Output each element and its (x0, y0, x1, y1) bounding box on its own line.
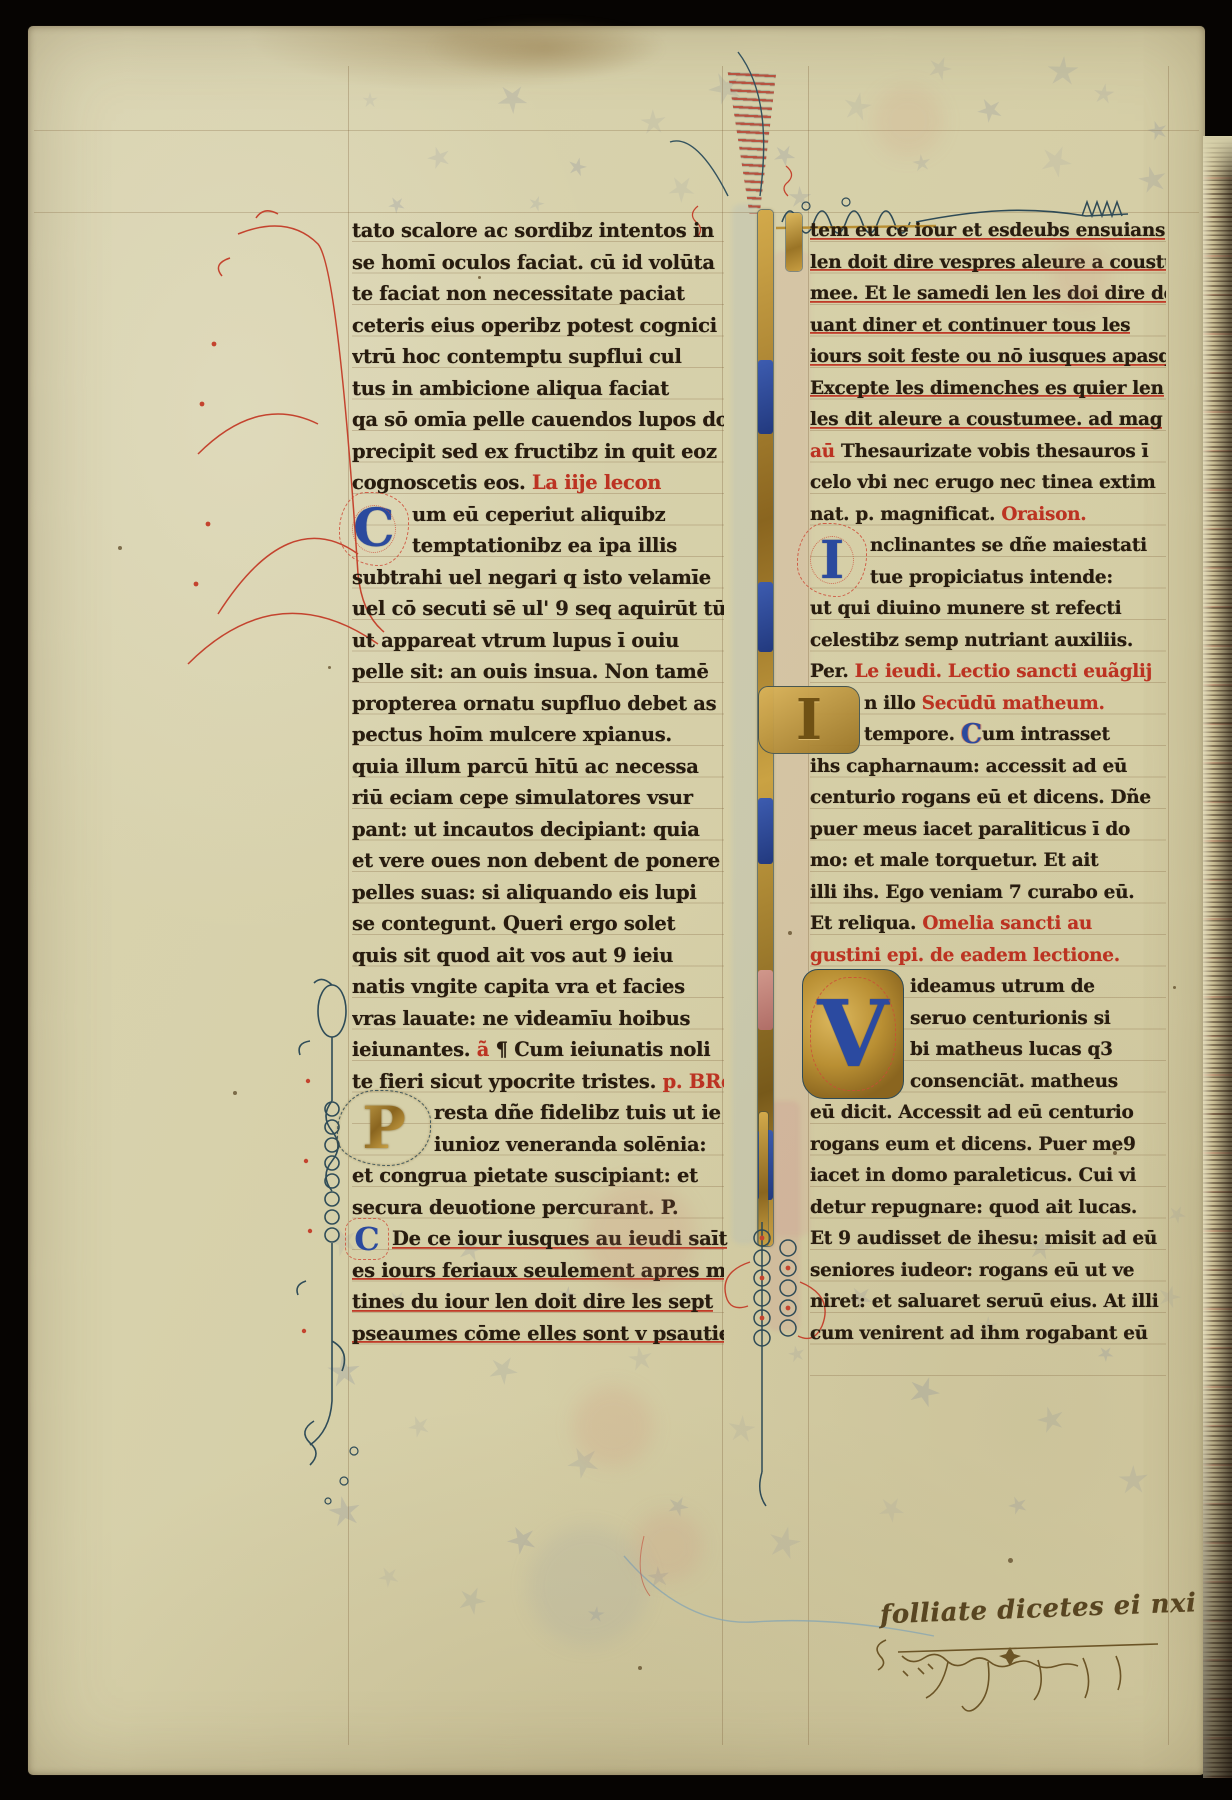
text-run: riū eciam cepe simulatores vsur (352, 786, 693, 809)
text-run: pseaumes cōme elles sont v psautier. (352, 1322, 724, 1345)
illuminated-initial-I: I (802, 528, 862, 592)
foliage-leaf (586, 1604, 606, 1624)
text-run: te faciat non necessitate paciat (352, 282, 685, 305)
text-run: mee. Et le samedi len les doi dire de (810, 283, 1166, 304)
text-line: et congrua pietate suscipiant: et (352, 1160, 724, 1192)
text-line: qa sō omīa pelle cauendos lupos do (352, 404, 724, 436)
foliage-leaf (494, 80, 531, 117)
ruling-line (34, 130, 1199, 131)
illuminated-initial-I: I (758, 686, 860, 754)
bar-blue-segment (758, 798, 773, 864)
text-line: secura deuotione percurant. P. (352, 1192, 724, 1224)
text-line: tem eu ce iour et esdeubs ensuians (810, 215, 1166, 247)
illuminated-initial-C: C (344, 497, 404, 561)
text-line: Et reliqua. Omelia sancti au (810, 908, 1166, 940)
text-line: nat. p. magnificat. Oraison. (810, 499, 1166, 531)
text-line: te fieri sicut ypocrite tristes. p. BRof (352, 1066, 724, 1098)
text-run: ¶ Cum ieiunatis noli (489, 1038, 710, 1061)
text-line: um eū ceperiut aliquibz (352, 499, 784, 531)
text-line: cum venirent ad ihm rogabant eū (810, 1318, 1166, 1350)
foliage-leaf (1008, 1496, 1028, 1516)
ruling-line (1168, 66, 1169, 1745)
text-run: niret: et saluaret seruū eius. At illi (810, 1291, 1158, 1312)
text-run: cum venirent ad ihm rogabant eū (810, 1323, 1148, 1344)
text-run: um eū ceperiut aliquibz (412, 503, 665, 526)
bar-rose-segment (758, 970, 773, 1030)
text-run: tempore. (864, 724, 961, 745)
foliage-leaf (667, 1495, 690, 1518)
ink-speck (788, 931, 792, 935)
text-run: tato scalore ac sordibz intentos in (352, 219, 714, 242)
text-line: ut appareat vtrum lupus ī ouiu (352, 625, 724, 657)
text-run: tus in ambicione aliqua faciat (352, 377, 669, 400)
manuscript-photograph: tato scalore ac sordibz intentos inse ho… (0, 0, 1232, 1800)
text-line: tempore. Cum intrasset (810, 719, 1220, 751)
text-line: uel cō secuti sē ul' 9 seq aquirūt tūc n… (352, 593, 724, 625)
text-line: illi ihs. Ego veniam 7 curabo eū. (810, 877, 1166, 909)
foliage-leaf (974, 94, 1008, 128)
foliage-leaf (1112, 1460, 1154, 1502)
text-line: seniores iudeor: rogans eū ut ve (810, 1255, 1166, 1287)
text-run: iacet in domo paraleticus. Cui vi (810, 1165, 1136, 1186)
text-run: pelle sit: an ouis insua. Non tamē (352, 660, 709, 683)
text-run: pectus hoīm mulcere xpianus. (352, 723, 672, 746)
text-line: se contegunt. Queri ergo solet (352, 908, 724, 940)
fore-edge-pages (1203, 138, 1232, 1778)
foliage-leaf (1167, 1205, 1187, 1225)
text-line: tue propiciatus intende: (810, 562, 1226, 594)
text-run: Le ieudi. Lectio sancti euãglij (855, 661, 1152, 682)
ink-speck (458, 1081, 461, 1084)
text-run: ieiunantes. (352, 1038, 477, 1061)
text-run: len doit dire vespres aleure a coustu (810, 252, 1166, 273)
ink-speck (1113, 1151, 1117, 1155)
text-line: iours soit feste ou nō iusques apasqs. (810, 341, 1166, 373)
text-run: Et reliqua. (810, 913, 922, 934)
text-run: pelles suas: si aliquando eis lupi (352, 881, 696, 904)
text-run: tue propiciatus intende: (870, 567, 1113, 588)
text-run: et congrua pietate suscipiant: et (352, 1164, 698, 1187)
text-line: propterea ornatu supfluo debet as (352, 688, 724, 720)
text-line: mo: et male torquetur. Et ait (810, 845, 1166, 877)
text-run: eū dicit. Accessit ad eū centurio (810, 1102, 1134, 1123)
text-run: seniores iudeor: rogans eū ut ve (810, 1260, 1134, 1281)
text-run: qa sō omīa pelle cauendos lupos do (352, 408, 724, 431)
foliage-leaf (454, 1582, 491, 1619)
text-run: consenciāt. matheus (910, 1071, 1118, 1092)
text-run: centurio rogans eū et dicens. Dñe (810, 787, 1151, 808)
text-run: secura deuotione percurant. P. (352, 1196, 678, 1219)
foliage-leaf (565, 155, 590, 180)
text-line: natis vngite capita vra et facies (352, 971, 724, 1003)
foliage-leaf (910, 151, 934, 175)
text-line: gustini epi. de eadem lectione. (810, 940, 1166, 972)
text-line: pelles suas: si aliquando eis lupi (352, 877, 724, 909)
text-run: te fieri sicut ypocrite tristes. (352, 1070, 663, 1093)
text-line: iacet in domo paraleticus. Cui vi (810, 1160, 1166, 1192)
foliage-leaf (561, 1439, 606, 1484)
ink-speck (638, 1666, 642, 1670)
ink-speck (328, 666, 331, 669)
text-run: quia illum parcū hītū ac necessa (352, 755, 699, 778)
text-line: precipit sed ex fructibz in quit eoz (352, 436, 724, 468)
text-line: mee. Et le samedi len les doi dire de (810, 278, 1166, 310)
text-run: Thesaurizate vobis thesauros ī (841, 441, 1148, 462)
text-line: ceteris eius operibz potest cognici (352, 310, 724, 342)
text-line: pectus hoīm mulcere xpianus. (352, 719, 724, 751)
text-run: se homī oculos faciat. cū id volūta (352, 251, 715, 274)
text-run: nclinantes se dñe maiestati (870, 535, 1147, 556)
foliage-leaf (635, 105, 671, 141)
text-run: uant diner et continuer tous les (810, 315, 1130, 336)
text-line: ihs capharnaum: accessit ad eū (810, 751, 1166, 783)
text-run: C (961, 719, 982, 750)
text-line: quia illum parcū hītū ac necessa (352, 751, 724, 783)
text-line: niret: et saluaret seruū eius. At illi (810, 1286, 1166, 1318)
text-line: centurio rogans eū et dicens. Dñe (810, 782, 1166, 814)
text-run: celo vbi nec erugo nec tinea extim (810, 472, 1156, 493)
text-run: bi matheus lucas q3 (910, 1039, 1113, 1060)
foliage-leaf (1037, 143, 1074, 180)
text-run: Et 9 audisset de ihesu: misit ad eū (810, 1228, 1157, 1249)
text-run: iunioz veneranda solēnia: (434, 1133, 706, 1156)
text-line: ieiunantes. ã ¶ Cum ieiunatis noli (352, 1034, 724, 1066)
text-run: se contegunt. Queri ergo solet (352, 912, 675, 935)
text-run: celestibz semp nutriant auxiliis. (810, 630, 1133, 651)
text-line: nclinantes se dñe maiestati (810, 530, 1226, 562)
text-run: cognoscetis eos. (352, 471, 532, 494)
text-line: ut qui diuino munere st refecti (810, 593, 1166, 625)
text-run: quis sit quod ait vos aut 9 ieiu (352, 944, 673, 967)
text-line: tines du iour len doit dire les sept (352, 1286, 724, 1318)
text-column-right: Item eu ce iour et esdeubs ensuianslen d… (810, 215, 1166, 1385)
foliage-leaf (503, 1521, 542, 1560)
ink-speck (233, 1091, 237, 1095)
text-run: ut qui diuino munere st refecti (810, 598, 1121, 619)
text-run: detur repugnare: quod ait lucas. (810, 1197, 1137, 1218)
foliage-leaf (406, 1414, 432, 1440)
text-run: Omelia sancti au (922, 913, 1092, 934)
text-run: Oraison. (1001, 504, 1086, 525)
stain (426, 18, 666, 80)
text-run: uel cō secuti sē ul' 9 seq aquirūt tūc n… (352, 597, 724, 620)
text-run: pant: ut incautos decipiant: quia (352, 818, 700, 841)
text-run: n illo (864, 693, 922, 714)
text-line: subtrahi uel negari q isto velamīe (352, 562, 724, 594)
text-run: p. BRof (663, 1070, 724, 1093)
text-run: nat. p. magnificat. (810, 504, 1001, 525)
foliage-leaf (924, 52, 955, 83)
text-run: aū (810, 441, 841, 462)
text-line: uant diner et continuer tous les (810, 310, 1166, 342)
text-run: vras lauate: ne videamīu hoibus (352, 1007, 690, 1030)
text-run: illi ihs. Ego veniam 7 curabo eū. (810, 882, 1134, 903)
ink-speck (478, 276, 481, 279)
wash-blue (732, 204, 756, 1244)
text-line: Per. Le ieudi. Lectio sancti euãglij (810, 656, 1166, 688)
text-run: resta dñe fidelibz tuis ut ie (434, 1101, 721, 1124)
text-line: detur repugnare: quod ait lucas. (810, 1192, 1166, 1224)
text-line: pelle sit: an ouis insua. Non tamē (352, 656, 724, 688)
text-line: se homī oculos faciat. cū id volūta (352, 247, 724, 279)
text-line: cognoscetis eos. La iije lecon (352, 467, 724, 499)
text-line: celestibz semp nutriant auxiliis. (810, 625, 1166, 657)
text-line: vras lauate: ne videamīu hoibus (352, 1003, 724, 1035)
foliage-leaf (423, 141, 455, 173)
text-run: ut appareat vtrum lupus ī ouiu (352, 629, 679, 652)
text-run: ceteris eius operibz potest cognici (352, 314, 717, 337)
text-run: seruo centurionis si (910, 1008, 1111, 1029)
text-run: iours soit feste ou nō iusques apasqs. (810, 346, 1166, 367)
text-line: Excepte les dimenches es quier len (810, 373, 1166, 405)
text-line: pseaumes cōme elles sont v psautier. (352, 1318, 724, 1350)
foliage-leaf (840, 89, 874, 123)
text-run: ideamus utrum de (910, 976, 1095, 997)
text-line: te faciat non necessitate paciat (352, 278, 724, 310)
bar-blue-segment (758, 360, 773, 434)
text-line: vtrū hoc contemptu supflui cul (352, 341, 724, 373)
text-run: et vere oues non debent de ponere (352, 849, 720, 872)
text-line: celo vbi nec erugo nec tinea extim (810, 467, 1166, 499)
text-run: les dit aleure a coustumee. ad mag (810, 409, 1162, 430)
text-run: ã (477, 1038, 489, 1061)
text-run: um intrasset (982, 724, 1110, 745)
show-through-blob (873, 86, 943, 156)
text-line: temptationibz ea ipa illis (352, 530, 784, 562)
foliage-leaf (1089, 80, 1119, 110)
foliage-leaf (1045, 53, 1083, 91)
text-run: ihs capharnaum: accessit ad eū (810, 756, 1127, 777)
illuminated-initial-C: C (348, 1221, 386, 1257)
text-line: De ce iour iusques au ieudi saīt (352, 1223, 764, 1255)
text-run: Per. (810, 661, 855, 682)
text-run: La iije lecon (532, 471, 661, 494)
illuminated-initial-V: V (802, 969, 904, 1099)
foliage-leaf (374, 1562, 403, 1591)
text-run: propterea ornatu supfluo debet as (352, 692, 716, 715)
text-line: Et 9 audisset de ihesu: misit ad eū (810, 1223, 1166, 1255)
text-run: Secūdū matheum. (922, 693, 1105, 714)
text-column-left: tato scalore ac sordibz intentos inse ho… (352, 215, 724, 1363)
text-run: rogans eum et dicens. Puer me9 (810, 1134, 1136, 1155)
text-line: n illo Secūdū matheum. (810, 688, 1220, 720)
text-line: tato scalore ac sordibz intentos in (352, 215, 724, 247)
text-run: puer meus iacet paraliticus ī do (810, 819, 1130, 840)
text-run: temptationibz ea ipa illis (412, 534, 677, 557)
bar-blue-segment (758, 582, 773, 652)
text-run: tines du iour len doit dire les sept (352, 1290, 713, 1313)
text-line: len doit dire vespres aleure a coustu (810, 247, 1166, 279)
ink-speck (118, 546, 122, 550)
foliage-leaf (362, 92, 378, 108)
text-line: riū eciam cepe simulatores vsur (352, 782, 724, 814)
ink-speck (1173, 986, 1176, 989)
text-line: puer meus iacet paraliticus ī do (810, 814, 1166, 846)
text-line: et vere oues non debent de ponere (352, 845, 724, 877)
illuminated-initial-P: P (342, 1095, 426, 1161)
inscription-flourish (858, 1622, 1198, 1712)
text-run: subtrahi uel negari q isto velamīe (352, 566, 711, 589)
text-run: Excepte les dimenches es quier len (810, 378, 1164, 399)
text-line: quis sit quod ait vos aut 9 ieiu (352, 940, 724, 972)
text-line: eū dicit. Accessit ad eū centurio (810, 1097, 1166, 1129)
text-run: tem eu ce iour et esdeubs ensuians (810, 220, 1165, 241)
parchment-page: tato scalore ac sordibz intentos inse ho… (28, 26, 1205, 1775)
text-run: De ce iour iusques au ieudi saīt (392, 1227, 727, 1250)
text-run: natis vngite capita vra et facies (352, 975, 685, 998)
text-line: tus in ambicione aliqua faciat (352, 373, 724, 405)
text-line: les dit aleure a coustumee. ad mag (810, 404, 1166, 436)
text-line: aū Thesaurizate vobis thesauros ī (810, 436, 1166, 468)
foliage-leaf (1033, 1401, 1071, 1439)
ink-speck (1008, 1558, 1013, 1563)
text-line: es iours feriaux seulement apres ma (352, 1255, 724, 1287)
text-run: vtrū hoc contemptu supflui cul (352, 345, 682, 368)
text-line: rogans eum et dicens. Puer me9 (810, 1129, 1166, 1161)
illuminated-initial-I: I (786, 213, 802, 271)
text-run: gustini epi. de eadem lectione. (810, 945, 1120, 966)
foliage-leaf (873, 1491, 910, 1528)
text-line: pant: ut incautos decipiant: quia (352, 814, 724, 846)
text-run: mo: et male torquetur. Et ait (810, 850, 1098, 871)
text-run: precipit sed ex fructibz in quit eoz (352, 440, 717, 463)
text-run: es iours feriaux seulement apres ma (352, 1259, 724, 1282)
show-through-blob (573, 1386, 653, 1466)
